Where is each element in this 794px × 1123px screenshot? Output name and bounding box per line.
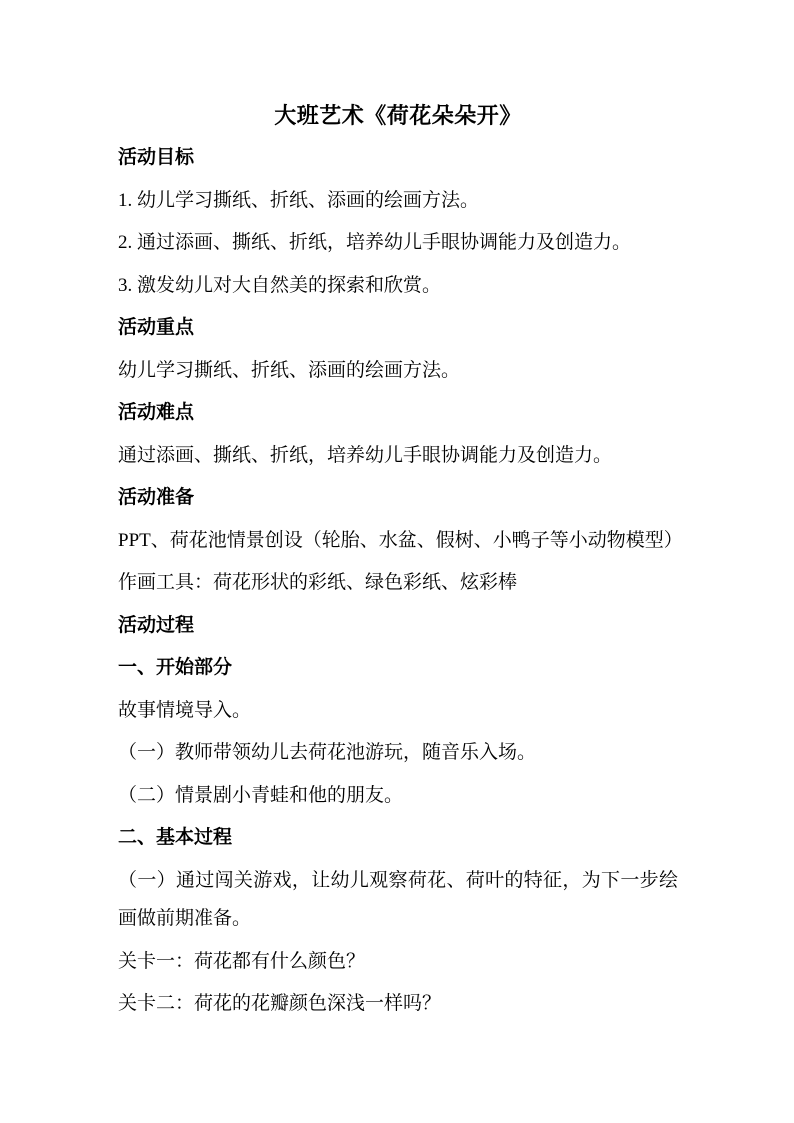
paragraph-goal-2: 2. 通过添画、撕纸、折纸，培养幼儿手眼协调能力及创造力。	[118, 222, 678, 265]
document-title: 大班艺术《荷花朵朵开》	[118, 94, 678, 137]
paragraph-part-one-item-1: （一）教师带领幼儿去荷花池游玩，随音乐入场。	[118, 732, 678, 775]
paragraph-checkpoint-1: 关卡一：荷花都有什么颜色？	[118, 941, 678, 984]
paragraph-part-one-item-2: （二）情景剧小青蛙和他的朋友。	[118, 775, 678, 818]
paragraph-preparation-materials: PPT、荷花池情景创设（轮胎、水盆、假树、小鸭子等小动物模型）	[118, 520, 678, 563]
paragraph-checkpoint-2: 关卡二：荷花的花瓣颜色深浅一样吗？	[118, 983, 678, 1026]
section-heading-activity-difficulty: 活动难点	[118, 392, 678, 435]
section-heading-activity-focus: 活动重点	[118, 307, 678, 350]
section-heading-activity-process: 活动过程	[118, 605, 678, 648]
paragraph-focus: 幼儿学习撕纸、折纸、添画的绘画方法。	[118, 350, 678, 393]
paragraph-difficulty: 通过添画、撕纸、折纸，培养幼儿手眼协调能力及创造力。	[118, 435, 678, 478]
section-heading-part-two: 二、基本过程	[118, 817, 678, 860]
section-heading-part-one: 一、开始部分	[118, 647, 678, 690]
paragraph-drawing-tools: 作画工具：荷花形状的彩纸、绿色彩纸、炫彩棒	[118, 562, 678, 605]
paragraph-goal-3: 3. 激发幼儿对大自然美的探索和欣赏。	[118, 265, 678, 308]
paragraph-story-intro: 故事情境导入。	[118, 690, 678, 733]
section-heading-activity-preparation: 活动准备	[118, 477, 678, 520]
paragraph-part-two-item-1: （一）通过闯关游戏，让幼儿观察荷花、荷叶的特征，为下一步绘画做前期准备。	[118, 860, 678, 941]
section-heading-activity-goals: 活动目标	[118, 137, 678, 180]
document-page: 大班艺术《荷花朵朵开》 活动目标 1. 幼儿学习撕纸、折纸、添画的绘画方法。 2…	[0, 0, 794, 1123]
paragraph-goal-1: 1. 幼儿学习撕纸、折纸、添画的绘画方法。	[118, 180, 678, 223]
